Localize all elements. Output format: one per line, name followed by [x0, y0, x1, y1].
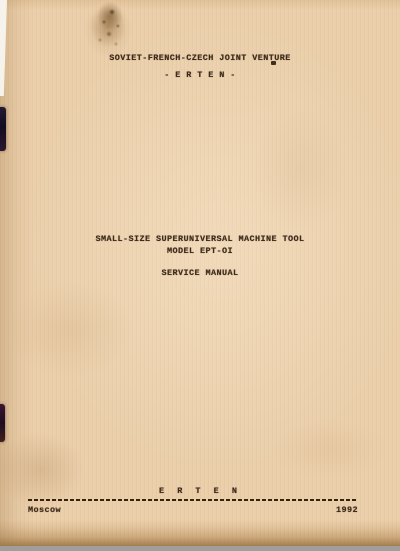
brand-name-line: - E R T E N -	[0, 70, 400, 80]
scan-edge-sliver	[0, 0, 7, 96]
binding-mark	[0, 404, 5, 442]
machine-title-line: SMALL-SIZE SUPERUNIVERSAL MACHINE TOOL	[0, 234, 400, 244]
binding-mark	[0, 107, 6, 151]
manual-type-line: SERVICE MANUAL	[0, 268, 400, 278]
publication-year: 1992	[336, 505, 358, 515]
publication-city: Moscow	[28, 505, 61, 515]
footer-block: Moscow 1992	[28, 499, 358, 515]
model-number-line: MODEL EPT-OI	[0, 246, 400, 256]
footer-brand: E R T E N	[0, 486, 400, 496]
scanned-cover-page: SOVIET-FRENCH-CZECH JOINT VENTURE - E R …	[0, 0, 400, 546]
venture-name-line: SOVIET-FRENCH-CZECH JOINT VENTURE	[0, 53, 400, 63]
dashed-rule	[28, 499, 358, 501]
